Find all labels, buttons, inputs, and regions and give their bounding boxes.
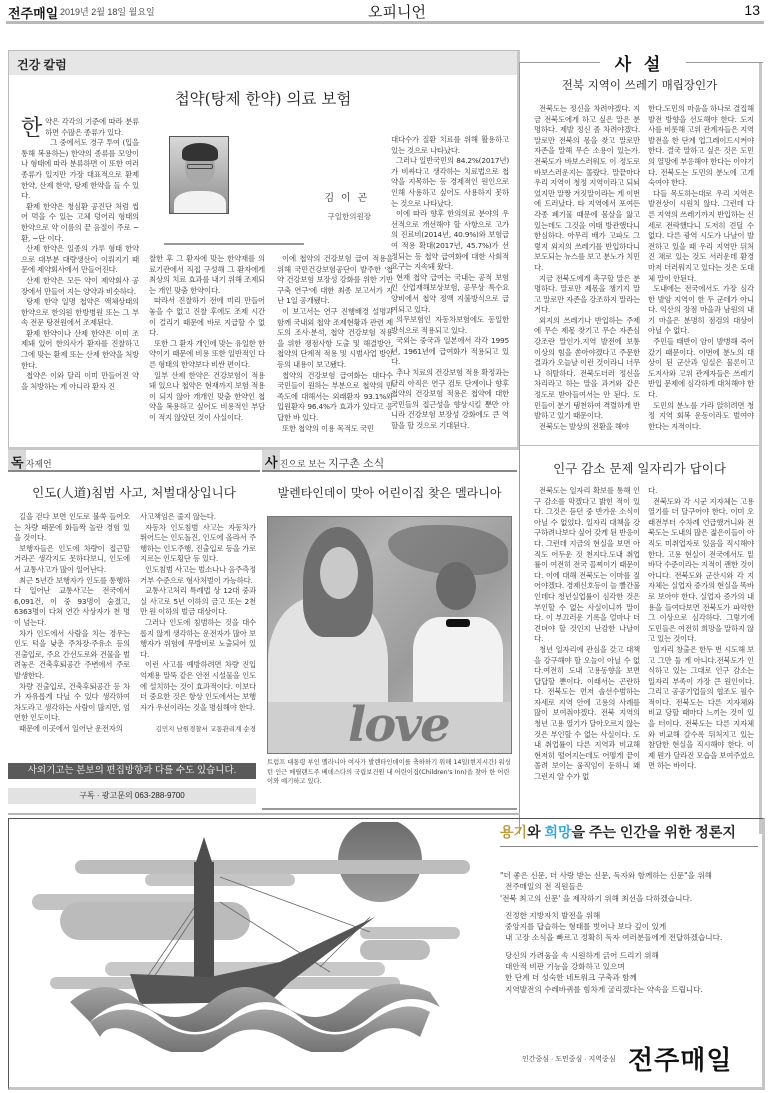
headline-word-courage: 용기 (500, 824, 527, 840)
photo-news-title: 발렌타인데이 맞아 어린이집 찾은 멜라니아 (262, 484, 517, 501)
header-cap: 사 (262, 450, 280, 470)
paragraph: 청년 일자리에 관심을 갖고 대책을 강구해야 할 오늘이 아닐 수 없다.여전… (534, 645, 640, 783)
header-text: 진으로 보는 (280, 459, 328, 469)
health-col-4: 대다수가 질환 치료를 위해 활용하고 있는 것으로 나타났다. 그러나 일반국… (391, 135, 509, 432)
editorial-title-2: 인구 감소 문제 일자리가 답이다 (520, 459, 759, 477)
paragraph: 다들 목도하는대로 우리 지역은 발전상이 시원치 않다. 그런데 다른 지역의… (648, 189, 754, 284)
dropcap: 한 (21, 117, 42, 141)
paragraph: 인도침범 사고는 벌소나나 음주측정 거부 수준으로 형사처벌이 가능하다. (140, 565, 256, 586)
page-number: 13 (744, 2, 760, 18)
reader-col-2: 사고책임은 줄지 않는다. 자동차 인도침범 사고는 자동차가 뛰어드는 인도돌… (140, 512, 256, 713)
ad-line: 지역발전의 수레바퀴를 힘차게 굴리겠다는 약속을 드립니다. (505, 984, 762, 995)
issue-date: 2019년 2월 18일 월요일 (60, 5, 155, 18)
paragraph: 보행자들은 인도에 차량이 접근할 거라곤 생각지도 못하다보니, 인도에서 교… (14, 544, 130, 576)
masthead: 전주매일 2019년 2월 18일 월요일 오피니언 13 (6, 0, 764, 24)
paragraph: 이에 첩약의 건강보험 급여 적용을 위해 국민건강보험공단이 발주한 '첩약 … (277, 254, 393, 307)
paragraph: 한다.도민의 마음을 하나로 결집해 발전 방향을 선도해야 한다. 도지사를 … (648, 104, 754, 189)
ad-line: "더 좋은 신문, 더 사랑 받는 신문, 독자와 함께하는 신문"을 위해 (500, 870, 762, 881)
paragraph: 다. (648, 486, 754, 497)
paragraph: 또한 그 환자 개인에 맞는 유일한 한약이기 때문에 비용 또한 일반적인 다… (149, 339, 265, 371)
paragraph: 대다수가 질환 치료를 위해 활용하고 있는 것으로 나타났다. (391, 135, 509, 156)
headline-text: 을 주는 인간을 위한 정론지 (572, 824, 736, 840)
paragraph: 자동차 인도침범 사고는 자동차가 뛰어드는 인도돌진, 인도에 올라서 주행하… (140, 523, 256, 565)
headline-text: 와 (527, 824, 544, 840)
divider (8, 813, 520, 815)
paragraph: 탕제 한약 일명 첩약은 액체상태의 한약으로 한의원 한방병원 또는 그 부속… (21, 297, 139, 329)
health-col-3: 이에 첩약의 건강보험 급여 적용을 위해 국민건강보험공단이 발주한 '첩약 … (277, 254, 393, 434)
byline: 김민지 남원경찰서 교통관리계 순경 (156, 724, 256, 733)
paragraph: 산제 한약은 모든 약이 제약회사 공장에서 만들어 지는 양약과 비슷하다. (21, 276, 139, 297)
paragraph: 지금 전북도에게 촉구할 말은 분명하다. 말로만 제몫을 챙기지 말고 말로만… (534, 274, 640, 316)
reader-col-1: 길을 걷다 보면 인도로 불쑥 들어오는 차량 때문에 화들짝 놀란 경험 있을… (14, 512, 130, 734)
divider (520, 445, 759, 446)
paragraph: 환제 한약은 청심환 공진단 처럼 씹어 먹을 수 있는 고체 덩어리 형태의 … (21, 202, 139, 244)
author-name: 김 이 곤 (279, 189, 369, 204)
divider (262, 808, 517, 810)
header-cap: 독 (8, 450, 26, 470)
paragraph: 도민의 분노를 가라 앉히려면 청정 지역 회복 운동이라도 벌여야 한다는 지… (648, 401, 754, 433)
paragraph: 일자리 창출은 한두 번 시도해 보고 그만 둘 게 아니다.전북도가 인식하고… (648, 645, 754, 772)
editorial: 사 설 전북 지역이 쓰레기 매립장인가 전북도는 정신을 차려야겠다. 지금 … (519, 62, 762, 834)
paragraph: 교통사고처리 특례법 상 12대 중과실 사고로 5년 이하의 금고 또는 2천… (140, 586, 256, 618)
paragraph: 최근 5년간 보행자가 인도를 통행하다 일어난 교통사고는 전국에서 6,09… (14, 576, 130, 629)
health-column-title: 첩약(탕제 한약) 의료 보험 (9, 87, 517, 109)
paragraph: 주민들 태반이 암이 발병해 죽어갔기 때문이다. 이번에 분노의 대상이 된 … (648, 337, 754, 401)
paragraph: 그 중에서도 경구 투여 (입을 통해 복용하는) 한약의 종류를 모양이나 형… (21, 138, 139, 202)
editorial-2-col-1: 전북도는 일자리 확보를 통해 인구 감소를 막겠다고 밝힌 적이 있다. 그것… (534, 486, 640, 783)
photo-caption: 트럼프 대통령 부인 멜라니아 여사가 발렌타인데이를 축하하기 위해 14일(… (267, 758, 515, 787)
paragraph: 환제 한약이나 산제 한약은 이미 조제돼 있어 한의사가 환자를 진찰하고 그… (21, 329, 139, 371)
paragraph: 현재 첩약 급여는 국내는 공적 보험인 산업재해보상보험, 공무상 특수요양비… (391, 273, 509, 315)
paragraph: 외지의 쓰레기나 반입하는 주제에 무슨 제몫 찾기고 무슨 자존심 강조란 말… (534, 316, 640, 422)
health-column: 건강 칼럼 첩약(탕제 한약) 의료 보험 한 약은 각각의 기준에 따라 분류… (8, 50, 520, 450)
author-title: 구일한의원장 (279, 211, 371, 222)
section-title: 오피니언 (368, 1, 426, 22)
paragraph: 따라서 진찰하기 전에 미리 만들어 놓을 수 없고 진찰 후에도 조제 시간이… (149, 296, 265, 338)
paragraph: 전북도와 각 시군 지자체는 고용 열기를 더 달구어야 한다. 이미 오래전부… (648, 497, 754, 645)
paragraph: 그러나 일반국민의 84.2%(2017년)가 비싸다고 생각하는 치료법으로 … (391, 156, 509, 209)
header-text: 지구촌 소식 (328, 458, 384, 470)
paragraph: 이런 사고를 예방하려면 차량 진입 억제용 말뚝 같은 안전 시설물을 인도에… (140, 660, 256, 713)
paragraph: 또한 첩약의 이용 목적도 국민 (277, 424, 393, 435)
editorial-2-col-2: 다. 전북도와 각 시군 지자체는 고용 열기를 더 달구어야 한다. 이미 오… (648, 486, 754, 772)
divider (164, 243, 304, 245)
divider (500, 846, 758, 847)
editorial-1-col-1: 전북도는 정신을 차려야겠다. 지금 전북도에게 하고 싶은 말은 분명하다. … (534, 104, 640, 432)
reader-column-header: 독자제언 (8, 450, 260, 472)
newspaper-logo: 전주매일 (8, 3, 58, 22)
ad-line: 진정한 지방자치 발전을 위해 (505, 910, 762, 921)
paragraph: 찰한 후 그 환자에 맞는 한약재를 의료기관에서 직접 구성해 그 환자에게 … (149, 254, 265, 296)
editorial-1-col-2: 한다.도민의 마음을 하나로 결집해 발전 방향을 선도해야 한다. 도지사를 … (648, 104, 754, 432)
health-column-header: 건강 칼럼 (9, 51, 517, 75)
paragraph: 길을 걷다 보면 인도로 불쑥 들어오는 차량 때문에 화들짝 놀란 경험 있을… (14, 512, 130, 544)
paragraph: 전북도는 발상의 전환을 해야 (534, 422, 640, 433)
paragraph: 국외는 중국과 일본에서 각각 1995년, 1961년에 급여화가 적용되고 … (391, 336, 509, 368)
paragraph: 사고책임은 줄지 않는다. (140, 512, 256, 523)
paragraph: 그러나 인도에 침범하는 것을 대수롭지 않게 생각하는 운전자가 많아 보행자… (140, 618, 256, 660)
ad-line: 내 고장 소식을 빠르고 정확히 독자 여러분들에게 전달하겠습니다. (505, 932, 762, 943)
health-col-1: 한 약은 각각의 기준에 따라 분류하면 수많은 종류가 있다. 그 중에서도 … (21, 117, 139, 392)
paragraph: 차량 진출입로, 건축후퇴공간 등 차가 자유롭게 다닐 수 있다 생각하여 차… (14, 682, 130, 724)
paragraph: 첩약의 건강보험 급여화는 대다수 국민들이 원하는 부분으로 첩약의 만족도에… (277, 371, 393, 424)
disclaimer-banner: 사외기고는 본보의 편집방향과 다를 수도 있습니다. (8, 763, 256, 779)
paragraph: 때문에 이곳에서 일어난 운전자의 (14, 724, 130, 735)
subscribe-contact: 구독 · 광고문의 063-288-9700 (8, 788, 256, 804)
photo-news-header: 사진으로 보는 지구촌 소식 (262, 450, 517, 472)
ad-logo: 전주매일 (628, 1040, 732, 1077)
ad-headline: 용기와 희망을 주는 인간을 위한 정론지 (500, 822, 736, 842)
paragraph: 이 보고서는 연구 진행배경 설명과 함께 국내외 첩약 조제현황과 관련 제도… (277, 307, 393, 371)
editorial-title-1: 전북 지역이 쓰레기 매립장인가 (520, 77, 759, 93)
ad-line: 전주매일의 전 직원들은 (500, 881, 762, 892)
news-photo: love (267, 516, 512, 754)
paragraph: 산제 한약은 일종의 가루 형태 한약으로 대부분 대량생산이 이뤄지기 때문에… (21, 244, 139, 276)
headline-word-hope: 희망 (544, 824, 571, 840)
ad-line: 당신의 가려움을 속 시원하게 긁어 드리기 위해 (505, 950, 762, 961)
paragraph: 전북도는 일자리 확보를 통해 인구 감소를 막겠다고 밝힌 적이 있다. 그것… (534, 486, 640, 645)
paragraph: 추나 치료의 건강보험 적용 확정과는 달리 아직은 연구 검토 단계이나 향후… (391, 368, 509, 432)
paragraph: 첩약은 이와 달리 이미 만들어진 약을 처방하는 게 아니라 환자 진 (21, 371, 139, 392)
ad-body: "더 좋은 신문, 더 사랑 받는 신문, 독자와 함께하는 신문"을 위해 전… (500, 870, 762, 1001)
ad-line: 한 단계 더 성숙한 네트워크 구축과 함께 (505, 972, 762, 983)
ad-line: 중앙지를 답습하는 형태를 벗어나 보다 깊이 있게 (505, 921, 762, 932)
paragraph: 차가 인도에서 사람을 치는 경우는 인도 턱을 낮춘 주차장·주유소 등의 진… (14, 629, 130, 682)
photo-news: 사진으로 보는 지구촌 소식 발렌타인데이 맞아 어린이집 찾은 멜라니아 lo… (262, 450, 517, 760)
ad-slogan: 인간중심 · 도민중심 · 지역중심 (522, 1054, 616, 1064)
love-sign: love (348, 697, 449, 753)
paragraph: 전북도는 정신을 차려야겠다. 지금 전북도에게 하고 싶은 말은 분명하다. … (534, 104, 640, 274)
paragraph: 이에 따라 향후 한의의료 분야의 우선적으로 개선해야 할 사항으로 고가의 … (391, 209, 509, 273)
paragraph: 일부 산제 한약은 건강보험이 적용돼 있으나 첩약은 현재까지 보험 적용이 … (149, 371, 265, 424)
ship-illustration (30, 822, 470, 1052)
health-col-2: 찰한 후 그 환자에 맞는 한약재를 의료기관에서 직접 구성해 그 환자에게 … (149, 254, 265, 424)
header-text: 자제언 (26, 459, 52, 469)
reader-column: 독자제언 인도(人道)침범 사고, 처벌대상입니다 길을 걷다 보면 인도로 불… (8, 450, 260, 780)
paragraph: 도내에는 전국에서도 가장 심각한 발암 지역이 한 두 군데가 아니다. 익산… (648, 284, 754, 337)
ad-line: 대안적 비판 기능을 강화하고 있으며 (505, 961, 762, 972)
ad-line: '전북 최고의 신문' 을 제작하기 위해 최선을 다하겠습니다. (500, 893, 762, 904)
paragraph: 의무보험인 자동차보험에도 동일한 방식으로 적용되고 있다. (391, 315, 509, 336)
author-photo (169, 136, 229, 214)
editorial-label: 사 설 (520, 50, 759, 75)
reader-column-title: 인도(人道)침범 사고, 처벌대상입니다 (8, 483, 260, 501)
